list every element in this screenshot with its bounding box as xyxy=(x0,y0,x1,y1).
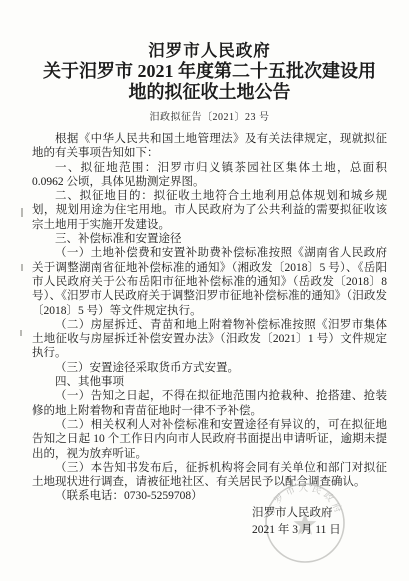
paragraph-purpose: 二、拟征地目的：拟征收土地符合土地利用总体规划和城乡规划，规划用途为住宅用地。市… xyxy=(32,189,387,232)
signature-block: 汨罗市人民政府 2021 年 3 月 11 日 xyxy=(252,505,341,538)
signature-date: 2021 年 3 月 11 日 xyxy=(252,522,341,539)
paragraph-scope: 一、拟征地范围：汨罗市归义镇茶园社区集体土地，总面积 0.0962 公顷，具体见… xyxy=(32,161,387,190)
document-title-line1: 汨罗市人民政府 xyxy=(32,40,387,61)
document-number: 汨政拟征告〔2021〕23 号 xyxy=(32,108,387,123)
announcement-page: 汨罗市人民政府 关于汨罗市 2021 年度第二十五批次建设用 地的拟征收土地公告… xyxy=(0,0,409,581)
document-body: 根据《中华人民共和国土地管理法》及有关法律规定，现就拟征地的有关事项告知如下： … xyxy=(32,132,387,504)
signature-issuer: 汨罗市人民政府 xyxy=(252,505,341,522)
paragraph-hearing: （二）相关权利人对补偿标准和安置途径有异议的，可在拟征地告知之日起 10 个工作… xyxy=(32,418,387,461)
paragraph-demolition: （二）房屋拆迁、青苗和地上附着物补偿标准按照《汨罗市集体土地征收与房屋拆迁补偿安… xyxy=(32,318,387,361)
scan-artifact xyxy=(21,208,23,217)
scan-artifact xyxy=(20,330,22,336)
paragraph-section4: 四、其他事项 xyxy=(32,375,387,389)
paragraph-intro: 根据《中华人民共和国土地管理法》及有关法律规定，现就拟征地的有关事项告知如下： xyxy=(32,132,387,161)
document-title-line3: 地的拟征收土地公告 xyxy=(32,82,387,103)
paragraph-section3: 三、补偿标准和安置途径 xyxy=(32,232,387,246)
paragraph-no-rush: （一）告知之日起，不得在拟征地范围内抢栽种、抢搭建、抢装修的地上附着物和青苗征地… xyxy=(32,389,387,418)
paragraph-resettlement: （三）安置途径采取货币方式安置。 xyxy=(32,361,387,375)
paragraph-compensation: （一）土地补偿费和安置补助费补偿标准按照《湖南省人民政府关于调整湖南省征地补偿标… xyxy=(32,246,387,317)
scan-artifact xyxy=(21,264,23,271)
document-title-line2: 关于汨罗市 2021 年度第二十五批次建设用 xyxy=(32,61,387,82)
